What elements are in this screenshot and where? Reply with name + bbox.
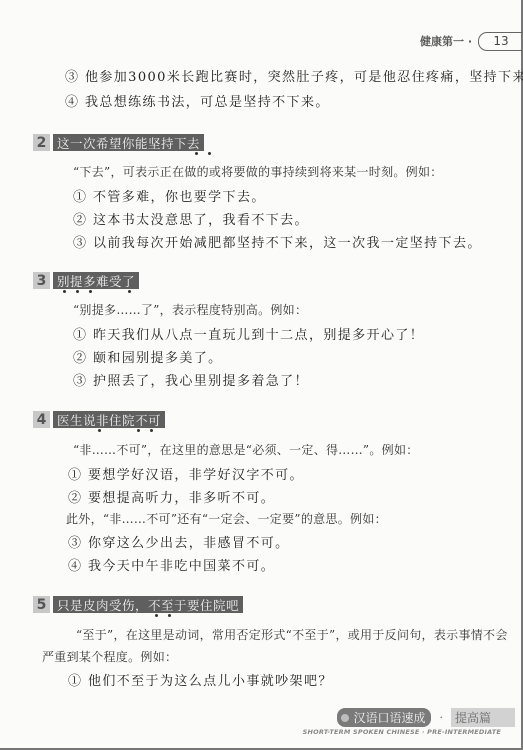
section-heading-5: 5 只是皮肉受伤，不至于要住院吧	[33, 596, 243, 613]
example-text: 你穿这么少出去，非感冒不可。	[88, 536, 290, 551]
example-line: ④ 我总想练练书法，可总是坚持不下来。	[65, 91, 330, 110]
section-title: 医生说非住院不可	[53, 411, 165, 428]
example-text: 要想提高听力，非多听不可。	[88, 491, 275, 506]
example-marker: ②	[73, 351, 87, 366]
example-text: 他参加3000米长跑比赛时，突然肚子疼，可是他忍住疼痛，坚持下来了。	[85, 70, 523, 85]
example-line: ① 他们不至于为这么点儿小事就吵架吧？	[68, 670, 333, 689]
section-title: 这一次希望你能坚持下去	[53, 134, 204, 151]
section-heading-4: 4 医生说非住院不可	[33, 411, 165, 428]
example-line: ① 要想学好汉语，非学好汉字不可。	[68, 464, 304, 483]
example-marker: ①	[68, 468, 82, 483]
emphasis-dots	[33, 290, 139, 294]
example-line: ③ 以前我每次开始减肥都坚持不下来，这一次我一定坚持下去。	[73, 232, 482, 251]
explanation-text: 严重到某个程度。例如：	[42, 648, 177, 665]
example-text: 以前我每次开始减肥都坚持不下来，这一次我一定坚持下去。	[93, 236, 482, 251]
level-badge: 提高篇	[451, 708, 515, 727]
chapter-title: 健康第一 ·	[420, 33, 472, 49]
example-text: 这本书太没意思了，我看不下去。	[93, 213, 309, 228]
example-line: ③ 护照丢了，我心里别提多着急了！	[73, 370, 309, 389]
section-number: 4	[33, 411, 50, 428]
example-line: ① 不管多难，你也要学下去。	[73, 186, 266, 205]
example-marker: ③	[73, 374, 87, 389]
example-text: 护照丢了，我心里别提多着急了！	[93, 374, 309, 389]
section-heading-3: 3 别提多难受了	[33, 272, 139, 289]
example-text: 要想学好汉语，非学好汉字不可。	[88, 468, 304, 483]
example-line: ④ 我今天中午非吃中国菜不可。	[68, 555, 275, 574]
series-subtitle: SHORT-TERM SPOKEN CHINESE · PRE-INTERMED…	[303, 728, 501, 736]
section-number: 2	[33, 134, 50, 151]
series-title: 汉语口语速成	[353, 709, 425, 726]
example-marker: ②	[73, 213, 87, 228]
running-head: 健康第一 · 13	[420, 31, 523, 51]
explanation-text: “别提多……了”，表示程度特别高。例如：	[73, 301, 307, 318]
example-line: ② 要想提高听力，非多听不可。	[68, 487, 275, 506]
example-text: 我今天中午非吃中国菜不可。	[88, 559, 275, 574]
series-badge: 汉语口语速成	[337, 708, 431, 727]
example-marker: ③	[65, 70, 79, 85]
example-marker: ②	[68, 491, 82, 506]
example-marker: ③	[68, 536, 82, 551]
page-number: 13	[478, 32, 523, 51]
example-line: ② 这本书太没意思了，我看不下去。	[73, 209, 309, 228]
section-heading-2: 2 这一次希望你能坚持下去	[33, 134, 204, 151]
section-title: 只是皮肉受伤，不至于要住院吧	[53, 596, 243, 613]
page-footer: 汉语口语速成 · 提高篇 SHORT-TERM SPOKEN CHINESE ·…	[303, 708, 515, 736]
section-number: 3	[33, 272, 50, 289]
example-marker: ①	[73, 190, 87, 205]
section-title: 别提多难受了	[53, 272, 139, 289]
explanation-text: “下去”，可表示正在做的或将要做的事持续到将来某一时刻。例如：	[73, 163, 443, 180]
example-marker: ④	[65, 95, 79, 110]
example-marker: ①	[73, 328, 87, 343]
example-line: ② 颐和园别提多美了。	[73, 347, 223, 366]
example-text: 不管多难，你也要学下去。	[93, 190, 266, 205]
example-line: ① 昨天我们从八点一直玩儿到十二点，别提多开心了！	[73, 324, 424, 343]
example-text: 昨天我们从八点一直玩儿到十二点，别提多开心了！	[93, 328, 424, 343]
example-marker: ③	[73, 236, 87, 251]
emphasis-dots	[33, 614, 243, 618]
emphasis-dots	[33, 429, 165, 433]
explanation-text: 此外，“非……不可”还有“一定会、一定要”的意思。例如：	[66, 510, 387, 527]
bullet-icon	[341, 714, 349, 722]
example-marker: ①	[68, 674, 82, 689]
example-line: ③ 他参加3000米长跑比赛时，突然肚子疼，可是他忍住疼痛，坚持下来了。	[65, 66, 523, 85]
emphasis-dots	[33, 152, 204, 156]
example-text: 颐和园别提多美了。	[93, 351, 223, 366]
section-number: 5	[33, 596, 50, 613]
explanation-text: “非……不可”，在这里的意思是“必须、一定、得……”。例如：	[73, 441, 419, 458]
example-text: 他们不至于为这么点儿小事就吵架吧？	[88, 674, 333, 689]
explanation-text: “至于”，在这里是动词，常用否定形式“不至于”，或用于反问句，表示事情不会	[76, 626, 508, 643]
example-marker: ④	[68, 559, 82, 574]
footer-separator: ·	[439, 711, 443, 724]
example-text: 我总想练练书法，可总是坚持不下来。	[85, 95, 330, 110]
example-line: ③ 你穿这么少出去，非感冒不可。	[68, 532, 290, 551]
